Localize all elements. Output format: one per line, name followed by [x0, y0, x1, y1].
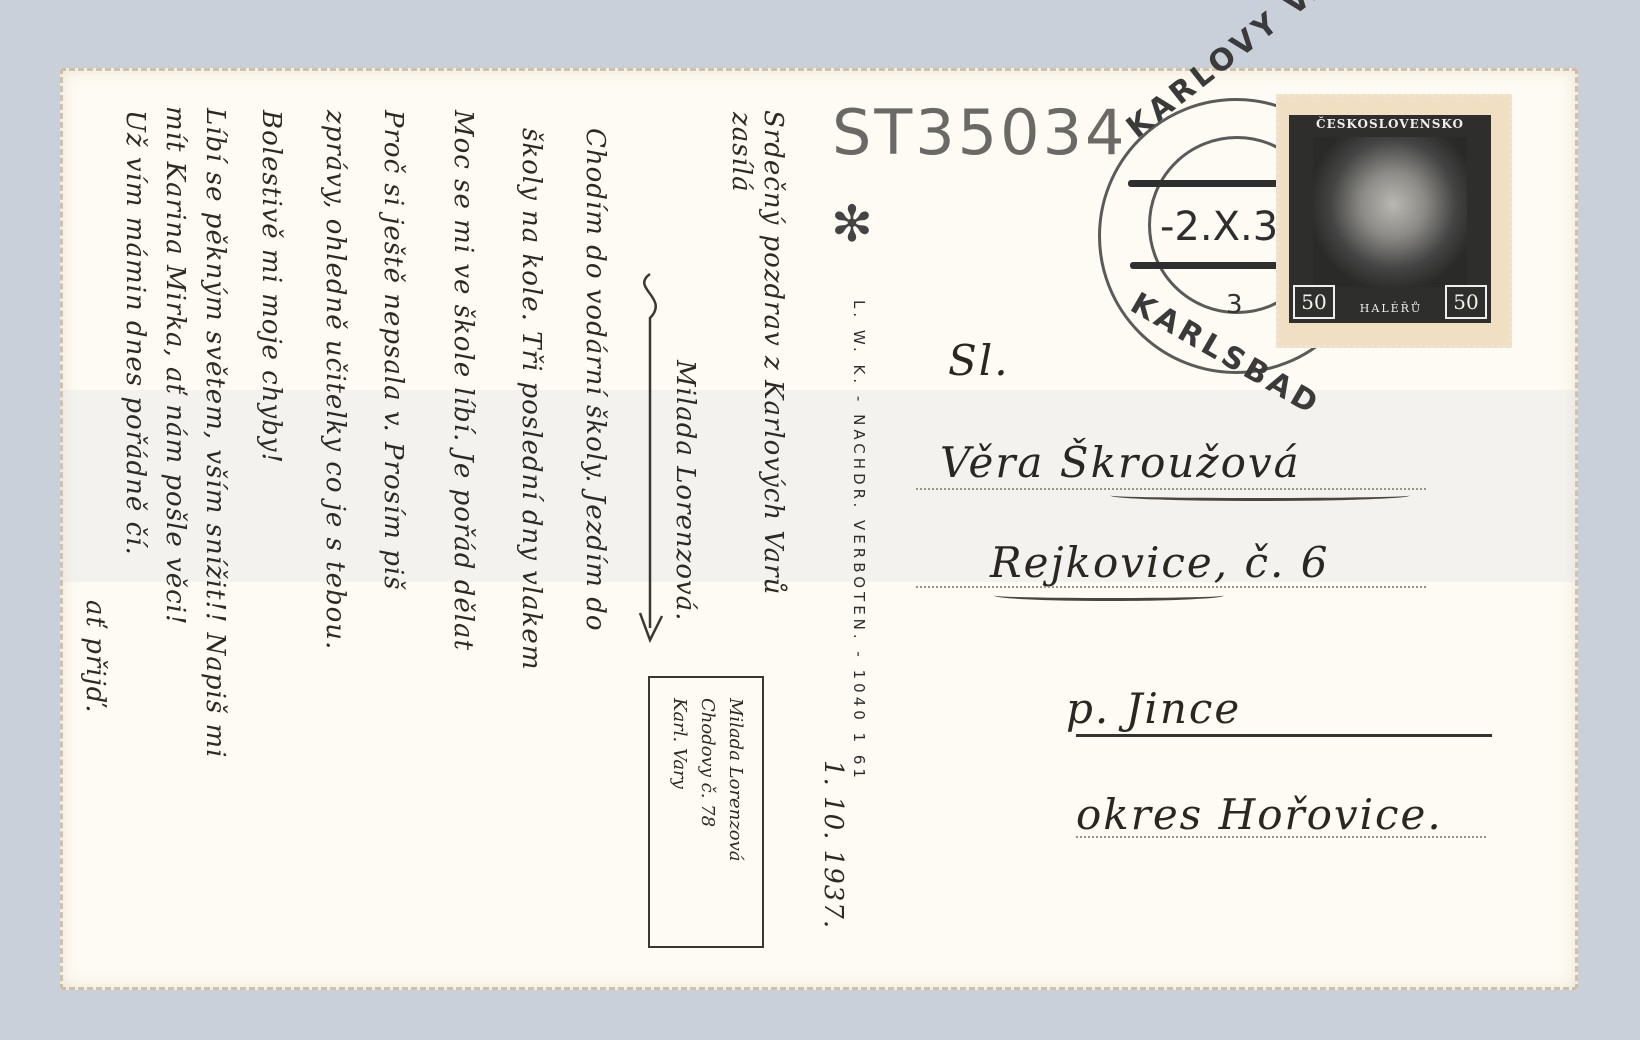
message-line: školy na kole. Tři poslední dny vlakem — [516, 128, 546, 670]
street-underline — [994, 590, 1224, 601]
postmark-bar — [1130, 262, 1290, 269]
stamp-currency: HALÉŘŮ — [1349, 302, 1433, 315]
inventory-code: ST35034 — [832, 96, 1127, 169]
message-line: zprávy, ohledně učitelky co je s tebou. — [320, 110, 350, 650]
postage-stamp: ČESKOSLOVENSKO 50 HALÉŘŮ 50 — [1276, 94, 1512, 348]
message-line: Bolestivě mi moje chyby! — [256, 110, 286, 464]
message-line: Moc se mi ve škole líbí. Je pořád dělat — [448, 110, 478, 651]
message-line: Chodím do vodární školy. Jezdím do — [580, 128, 610, 632]
address-name: Věra Škroužová — [940, 438, 1301, 487]
post-underline — [1076, 734, 1492, 737]
message-date: 1. 10. 1937. — [818, 760, 848, 929]
sender-box: Milada Lorenzová Karl. Vary Chodovy č. 7… — [648, 676, 764, 948]
watermark-band — [60, 390, 1578, 582]
sender-line: Karl. Vary — [669, 698, 690, 789]
postmark-number: 3 — [1226, 290, 1243, 320]
flourish-arrow-icon — [620, 268, 680, 648]
sender-line: Milada Lorenzová — [725, 698, 746, 862]
message-line: Už vím mámin dnes pořádně čí. — [120, 110, 150, 556]
message-line: mít Karina Mirka, ať nám pošle věci! — [160, 106, 190, 625]
address-street: Rejkovice, č. 6 — [990, 538, 1329, 587]
message-line: Srdečný pozdrav z Karlových Varů — [758, 110, 788, 595]
address-post: p. Jince — [1066, 684, 1241, 733]
address-line-4 — [1076, 836, 1486, 838]
sender-line: Chodovy č. 78 — [697, 698, 718, 827]
stamp-country: ČESKOSLOVENSKO — [1289, 117, 1491, 131]
message-line: ať přijď. — [80, 600, 110, 714]
message-line: Líbí se pěkným světem, vším snížit!! Nap… — [200, 108, 230, 758]
stamp-portrait — [1313, 137, 1467, 287]
postmark-bar — [1128, 180, 1288, 187]
stamp-value-right: 50 — [1445, 285, 1487, 319]
name-underline — [1110, 490, 1410, 501]
address-district: okres Hořovice. — [1076, 790, 1443, 839]
message-line: zasílá — [726, 112, 756, 193]
stamp-value-left: 50 — [1293, 285, 1335, 319]
address-salutation: Sl. — [948, 336, 1010, 385]
edelweiss-icon: ✻ — [826, 198, 878, 250]
message-line: Proč si ještě nepsala v. Prosím piš — [378, 110, 408, 591]
stamp-frame: ČESKOSLOVENSKO 50 HALÉŘŮ 50 — [1289, 115, 1491, 323]
address-line-2 — [916, 586, 1426, 588]
address-line-1 — [916, 488, 1426, 490]
publisher-line: L. W. K. - NACHDR. VERBOTEN. - 1040 1 61 — [850, 300, 868, 782]
